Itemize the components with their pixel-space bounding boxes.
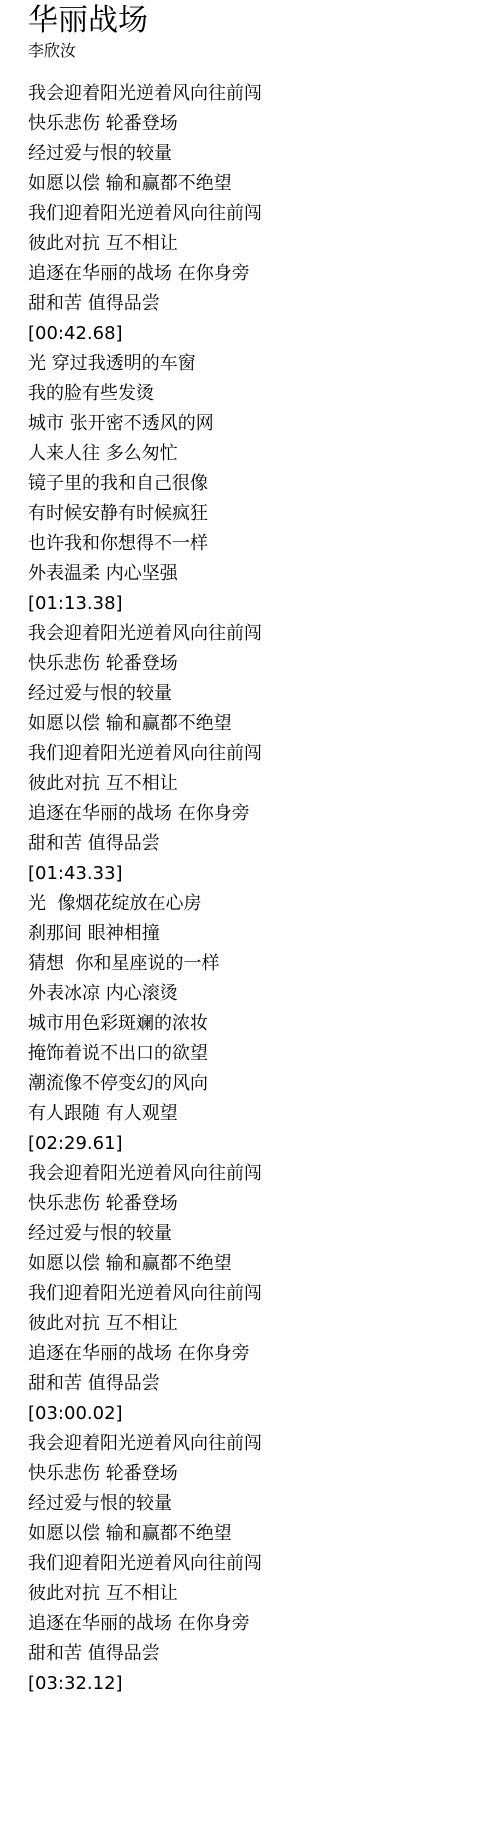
lyric-line: 快乐悲伤 轮番登场 xyxy=(28,1459,490,1489)
lyric-line: 如愿以偿 输和赢都不绝望 xyxy=(28,169,490,199)
lyric-line: 经过爱与恨的较量 xyxy=(28,679,490,709)
lyric-line: 我们迎着阳光逆着风向往前闯 xyxy=(28,1279,490,1309)
lyric-line: 我们迎着阳光逆着风向往前闯 xyxy=(28,199,490,229)
lyric-line: 有人跟随 有人观望 xyxy=(28,1099,490,1129)
lyric-line: 刹那间 眼神相撞 xyxy=(28,919,490,949)
song-title: 华丽战场 xyxy=(28,2,490,39)
timestamp-line: [03:32.12] xyxy=(28,1669,490,1699)
lyric-line: 快乐悲伤 轮番登场 xyxy=(28,109,490,139)
lyric-line: 城市 张开密不透风的网 xyxy=(28,409,490,439)
lyric-line: 城市用色彩斑斓的浓妆 xyxy=(28,1009,490,1039)
lyric-line: 人来人往 多么匆忙 xyxy=(28,439,490,469)
lyric-line: 掩饰着说不出口的欲望 xyxy=(28,1039,490,1069)
lyric-line: 彼此对抗 互不相让 xyxy=(28,1579,490,1609)
lyric-line: 猜想 你和星座说的一样 xyxy=(28,949,490,979)
timestamp-line: [01:13.38] xyxy=(28,589,490,619)
lyric-line: 我们迎着阳光逆着风向往前闯 xyxy=(28,739,490,769)
lyric-line: 彼此对抗 互不相让 xyxy=(28,1309,490,1339)
lyric-line: 甜和苦 值得品尝 xyxy=(28,829,490,859)
timestamp-line: [03:00.02] xyxy=(28,1399,490,1429)
lyric-line: 我会迎着阳光逆着风向往前闯 xyxy=(28,619,490,649)
lyric-line: 快乐悲伤 轮番登场 xyxy=(28,649,490,679)
timestamp-line: [02:29.61] xyxy=(28,1129,490,1159)
lyrics-body: 我会迎着阳光逆着风向往前闯快乐悲伤 轮番登场经过爱与恨的较量如愿以偿 输和赢都不… xyxy=(28,79,490,1699)
lyric-line: 外表温柔 内心坚强 xyxy=(28,559,490,589)
lyric-line: 追逐在华丽的战场 在你身旁 xyxy=(28,799,490,829)
lyric-line: 光 穿过我透明的车窗 xyxy=(28,349,490,379)
lyric-line: 如愿以偿 输和赢都不绝望 xyxy=(28,1249,490,1279)
lyric-line: 光 像烟花绽放在心房 xyxy=(28,889,490,919)
lyric-line: 甜和苦 值得品尝 xyxy=(28,289,490,319)
lyrics-page: 华丽战场 李欣汝 我会迎着阳光逆着风向往前闯快乐悲伤 轮番登场经过爱与恨的较量如… xyxy=(0,0,500,1699)
lyric-line: 经过爱与恨的较量 xyxy=(28,1219,490,1249)
lyric-line: 我们迎着阳光逆着风向往前闯 xyxy=(28,1549,490,1579)
lyric-line: 甜和苦 值得品尝 xyxy=(28,1369,490,1399)
timestamp-line: [01:43.33] xyxy=(28,859,490,889)
lyric-line: 追逐在华丽的战场 在你身旁 xyxy=(28,259,490,289)
lyric-line: 外表冰凉 内心滚烫 xyxy=(28,979,490,1009)
lyric-line: 甜和苦 值得品尝 xyxy=(28,1639,490,1669)
lyric-line: 我会迎着阳光逆着风向往前闯 xyxy=(28,1159,490,1189)
lyric-line: 追逐在华丽的战场 在你身旁 xyxy=(28,1339,490,1369)
lyric-line: 我的脸有些发烫 xyxy=(28,379,490,409)
lyric-line: 也许我和你想得不一样 xyxy=(28,529,490,559)
lyric-line: 潮流像不停变幻的风向 xyxy=(28,1069,490,1099)
lyric-line: 有时候安静有时候疯狂 xyxy=(28,499,490,529)
lyric-line: 如愿以偿 输和赢都不绝望 xyxy=(28,709,490,739)
lyric-line: 如愿以偿 输和赢都不绝望 xyxy=(28,1519,490,1549)
lyric-line: 经过爱与恨的较量 xyxy=(28,139,490,169)
lyric-line: 彼此对抗 互不相让 xyxy=(28,229,490,259)
lyric-line: 快乐悲伤 轮番登场 xyxy=(28,1189,490,1219)
lyric-line: 彼此对抗 互不相让 xyxy=(28,769,490,799)
timestamp-line: [00:42.68] xyxy=(28,319,490,349)
lyric-line: 镜子里的我和自己很像 xyxy=(28,469,490,499)
lyric-line: 经过爱与恨的较量 xyxy=(28,1489,490,1519)
lyric-line: 我会迎着阳光逆着风向往前闯 xyxy=(28,1429,490,1459)
lyric-line: 我会迎着阳光逆着风向往前闯 xyxy=(28,79,490,109)
lyric-line: 追逐在华丽的战场 在你身旁 xyxy=(28,1609,490,1639)
artist-name: 李欣汝 xyxy=(28,39,490,63)
